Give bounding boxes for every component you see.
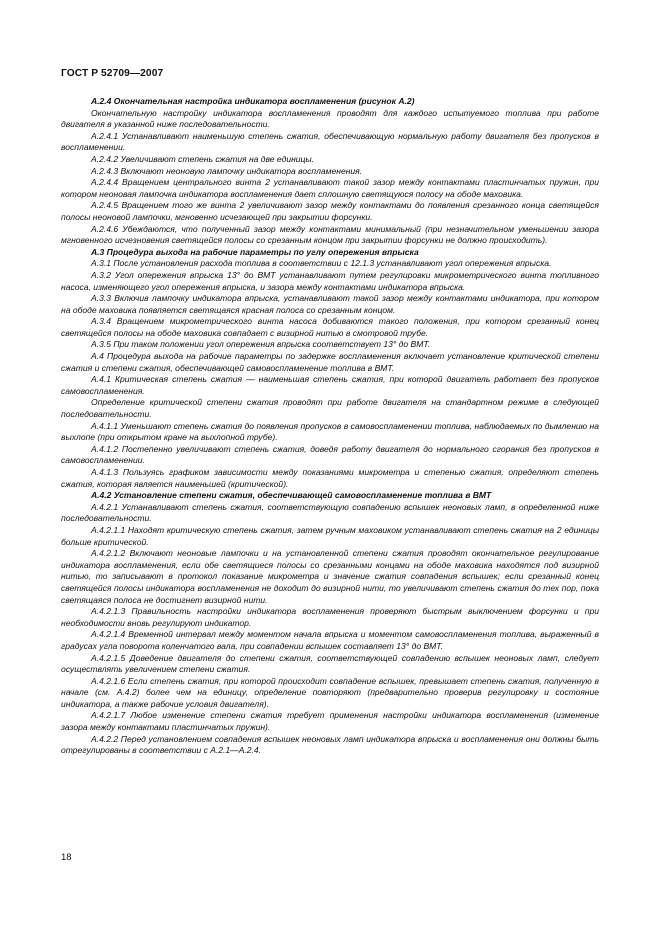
paragraph: А.2.4.4 Вращением центрального винта 2 у… [61, 177, 599, 200]
paragraph: А.3.1 После установления расхода топлива… [61, 258, 599, 270]
paragraph: А.3.5 При таком положении угол опережени… [61, 339, 599, 351]
paragraph: А.3.3 Включив лампочку индикатора впрыск… [61, 293, 599, 316]
paragraph: А.2.4.6 Убеждаются, что полученный зазор… [61, 224, 599, 247]
paragraph: А.4.1.3 Пользуясь графиком зависимости м… [61, 467, 599, 490]
paragraph: А.4.2.1.3 Правильность настройки индикат… [61, 606, 599, 629]
section-heading: А.2.4 Окончательная настройка индикатора… [61, 96, 599, 108]
paragraph: А.4.1 Критическая степень сжатия — наиме… [61, 374, 599, 397]
paragraph: А.4.2.1.1 Находят критическую степень сж… [61, 525, 599, 548]
paragraph: А.4.2.1.6 Если степень сжатия, при котор… [61, 676, 599, 711]
document-header: ГОСТ Р 52709—2007 [61, 68, 163, 79]
paragraph: А.4.1.1 Уменьшают степень сжатия до появ… [61, 421, 599, 444]
paragraph: А.2.4.5 Вращением того же винта 2 увелич… [61, 200, 599, 223]
paragraph: А.2.4.1 Устанавливают наименьшую степень… [61, 131, 599, 154]
paragraph: А.3.4 Вращением микрометрического винта … [61, 316, 599, 339]
paragraph: А.4.2.2 Перед установлением совпадения в… [61, 734, 599, 757]
paragraph: А.2.4.2 Увеличивают степень сжатия на дв… [61, 154, 599, 166]
paragraph: Определение критической степени сжатия п… [61, 397, 599, 420]
paragraph: А.3.2 Угол опережения впрыска 13° до ВМТ… [61, 270, 599, 293]
section-heading: А.4.2 Установление степени сжатия, обесп… [61, 490, 599, 502]
document-body: А.2.4 Окончательная настройка индикатора… [61, 96, 599, 757]
paragraph: А.4.2.1.7 Любое изменение степени сжатия… [61, 710, 599, 733]
paragraph: А.4.2.1.4 Временной интервал между момен… [61, 629, 599, 652]
paragraph: Окончательную настройку индикатора воспл… [61, 108, 599, 131]
paragraph: А.4 Процедура выхода на рабочие параметр… [61, 351, 599, 374]
paragraph: А.4.1.2 Постепенно увеличивают степень с… [61, 444, 599, 467]
paragraph: А.4.2.1 Устанавливают степень сжатия, со… [61, 502, 599, 525]
paragraph: А.4.2.1.5 Доведение двигателя до степени… [61, 653, 599, 676]
page-number: 18 [61, 852, 72, 863]
paragraph: А.4.2.1.2 Включают неоновые лампочки и н… [61, 548, 599, 606]
section-heading: А.3 Процедура выхода на рабочие параметр… [61, 247, 599, 259]
paragraph: А.2.4.3 Включают неоновую лампочку индик… [61, 166, 599, 178]
